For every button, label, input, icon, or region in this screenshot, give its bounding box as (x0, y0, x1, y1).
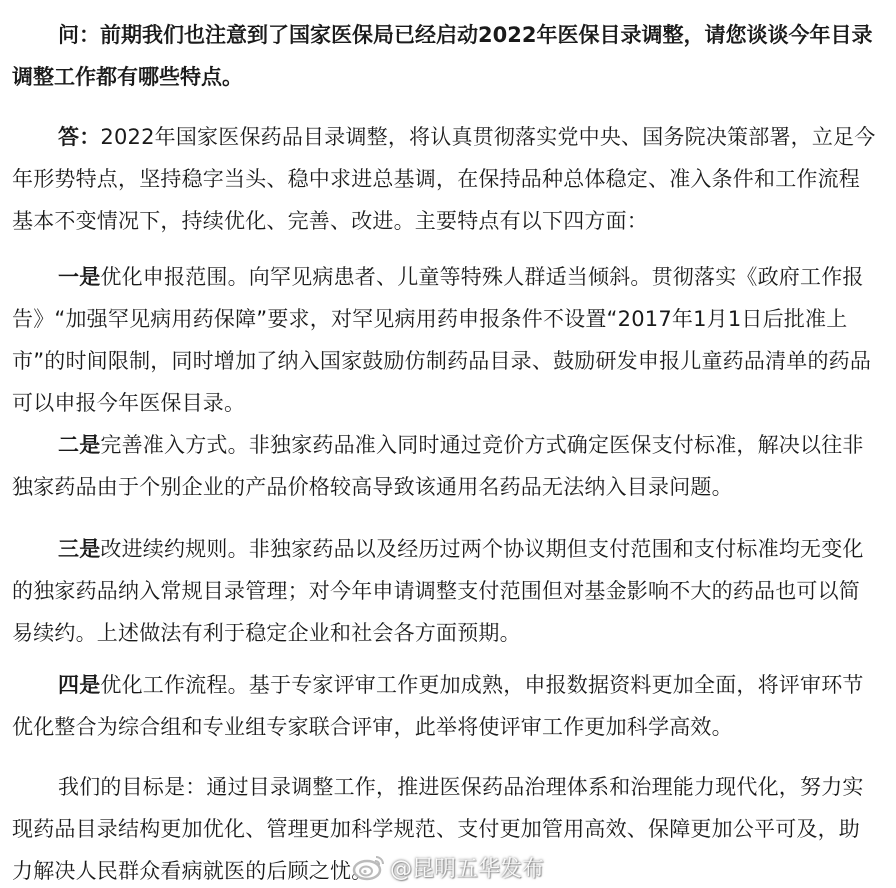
watermark: @昆明五华发布 (352, 852, 544, 882)
answer-text: 2022年国家医保药品目录调整，将认真贯彻落实党中央、国务院决策部署，立足今年形… (12, 125, 875, 233)
point-1-label: 一是 (58, 265, 100, 289)
point-3-label: 三是 (58, 537, 100, 561)
question-text: 前期我们也注意到了国家医保局已经启动2022年医保目录调整，请您谈谈今年目录调整… (12, 23, 872, 89)
point-1-text: 优化申报范围。向罕见病患者、儿童等特殊人群适当倾斜。贯彻落实《政府工作报告》“加… (12, 265, 871, 415)
point-3-paragraph: 三是改进续约规则。非独家药品以及经历过两个协议期但支付范围和支付标准均无变化的独… (12, 528, 876, 654)
point-3-text: 改进续约规则。非独家药品以及经历过两个协议期但支付范围和支付标准均无变化的独家药… (12, 537, 864, 645)
question-paragraph: 问：前期我们也注意到了国家医保局已经启动2022年医保目录调整，请您谈谈今年目录… (12, 14, 876, 98)
question-label: 问： (58, 23, 100, 47)
point-2-label: 二是 (58, 433, 100, 457)
point-4-label: 四是 (58, 673, 100, 697)
answer-label: 答： (58, 125, 100, 149)
point-2-text: 完善准入方式。非独家药品准入同时通过竞价方式确定医保支付标准，解决以往非独家药品… (12, 433, 864, 499)
point-4-paragraph: 四是优化工作流程。基于专家评审工作更加成熟，申报数据资料更加全面，将评审环节优化… (12, 664, 876, 748)
point-4-text: 优化工作流程。基于专家评审工作更加成熟，申报数据资料更加全面，将评审环节优化整合… (12, 673, 864, 739)
weibo-icon (352, 853, 386, 881)
point-1-paragraph: 一是优化申报范围。向罕见病患者、儿童等特殊人群适当倾斜。贯彻落实《政府工作报告》… (12, 256, 876, 424)
point-2-paragraph: 二是完善准入方式。非独家药品准入同时通过竞价方式确定医保支付标准，解决以往非独家… (12, 424, 876, 508)
watermark-text: @昆明五华发布 (390, 852, 544, 883)
answer-paragraph: 答：2022年国家医保药品目录调整，将认真贯彻落实党中央、国务院决策部署，立足今… (12, 116, 876, 242)
